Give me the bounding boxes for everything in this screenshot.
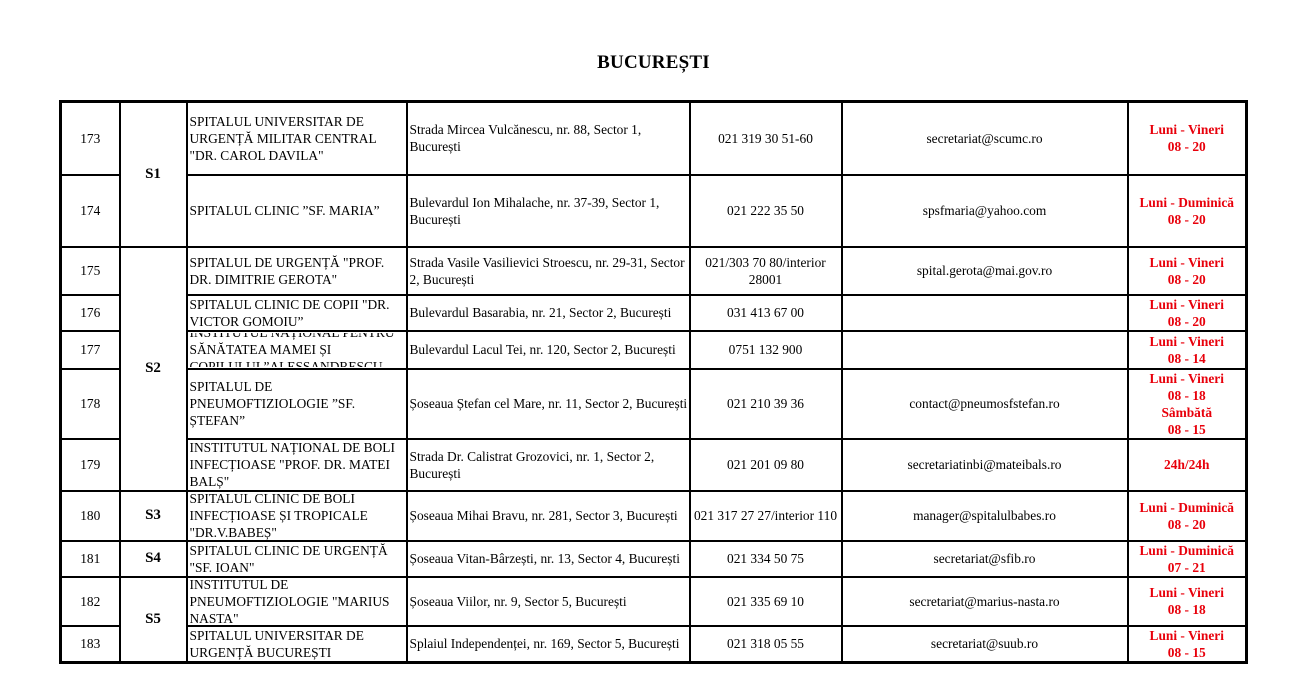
hospital-address: Șoseaua Viilor, nr. 9, Sector 5, Bucureș… [407,577,690,626]
hospital-name-text: SPITALUL CLINIC DE URGENȚĂ "SF. IOAN" [190,542,405,575]
hospital-name: SPITALUL UNIVERSITAR DE URGENȚĂ BUCUREȘT… [187,626,407,663]
hours-line: 08 - 18 [1130,601,1245,618]
hours-line: 08 - 14 [1130,350,1245,367]
hours-line: 08 - 20 [1130,211,1245,228]
hours-line: Luni - Vineri [1130,254,1245,271]
sector-label: S3 [120,491,187,541]
hospital-email[interactable]: secretariat@sfib.ro [842,541,1128,577]
hospital-name-text: INSTITUTUL NAȚIONAL DE BOLI INFECȚIOASE … [190,440,405,490]
page-title: BUCUREȘTI [0,52,1299,74]
hospital-name: SPITALUL DE URGENȚĂ "PROF. DR. DIMITRIE … [187,247,407,295]
row-number: 180 [61,491,120,541]
opening-hours: Luni - Duminică08 - 20 [1128,175,1247,247]
hospital-email[interactable]: contact@pneumosfstefan.ro [842,369,1128,439]
opening-hours: Luni - Vineri08 - 20 [1128,247,1247,295]
hours-line: 24h/24h [1130,456,1245,473]
hospital-name-text: INSTITUTUL NAȚIONAL PENTRU SĂNĂTATEA MAM… [190,333,405,367]
hospital-address: Șoseaua Vitan-Bârzești, nr. 13, Sector 4… [407,541,690,577]
hospital-name: INSTITUTUL DE PNEUMOFTIZIOLOGIE "MARIUS … [187,577,407,626]
hours-line: 08 - 15 [1130,644,1245,661]
hospital-name: SPITALUL CLINIC ”SF. MARIA” [187,175,407,247]
hospital-address: Bulevardul Basarabia, nr. 21, Sector 2, … [407,295,690,331]
hospital-phone: 021 318 05 55 [690,626,842,663]
row-number: 177 [61,331,120,369]
hospital-name-text: SPITALUL DE PNEUMOFTIZIOLOGIE ”SF. ȘTEFA… [190,378,405,429]
hours-line: Sâmbătă [1130,404,1245,421]
opening-hours: Luni - Vineri08 - 14 [1128,331,1247,369]
hospital-phone: 021 222 35 50 [690,175,842,247]
hospital-phone: 021 334 50 75 [690,541,842,577]
hospital-name: SPITALUL CLINIC DE BOLI INFECȚIOASE ȘI T… [187,491,407,541]
sector-label: S5 [120,577,187,663]
hospital-address: Strada Dr. Calistrat Grozovici, nr. 1, S… [407,439,690,491]
hospital-address: Șoseaua Mihai Bravu, nr. 281, Sector 3, … [407,491,690,541]
opening-hours: 24h/24h [1128,439,1247,491]
hospital-table: 173S1SPITALUL UNIVERSITAR DE URGENȚĂ MIL… [59,100,1248,664]
sector-label: S4 [120,541,187,577]
hospital-name: INSTITUTUL NAȚIONAL PENTRU SĂNĂTATEA MAM… [187,331,407,369]
opening-hours: Luni - Vineri08 - 18 [1128,577,1247,626]
hospital-phone: 021/303 70 80/interior 28001 [690,247,842,295]
hours-line: 07 - 21 [1130,559,1245,576]
hospital-name-text: SPITALUL UNIVERSITAR DE URGENȚĂ MILITAR … [190,113,405,164]
hospital-name: SPITALUL CLINIC DE URGENȚĂ "SF. IOAN" [187,541,407,577]
table-row: 180S3SPITALUL CLINIC DE BOLI INFECȚIOASE… [61,491,1247,541]
hospital-address: Strada Vasile Vasilievici Stroescu, nr. … [407,247,690,295]
row-number: 182 [61,577,120,626]
sector-label: S1 [120,102,187,247]
hospital-phone: 021 210 39 36 [690,369,842,439]
table-row: 183 SPITALUL UNIVERSITAR DE URGENȚĂ BUCU… [61,626,1247,663]
hospital-email[interactable]: secretariat@suub.ro [842,626,1128,663]
table-row: 178SPITALUL DE PNEUMOFTIZIOLOGIE ”SF. ȘT… [61,369,1247,439]
hospital-email[interactable]: secretariat@scumc.ro [842,102,1128,175]
row-number: 173 [61,102,120,175]
hospital-address: Bulevardul Ion Mihalache, nr. 37-39, Sec… [407,175,690,247]
hospital-phone: 021 335 69 10 [690,577,842,626]
hospital-name-text: INSTITUTUL DE PNEUMOFTIZIOLOGIE "MARIUS … [190,578,405,625]
row-number: 176 [61,295,120,331]
opening-hours: Luni - Vineri08 - 20 [1128,102,1247,175]
hospital-name-text: SPITALUL CLINIC DE BOLI INFECȚIOASE ȘI T… [190,492,405,540]
hospital-phone: 031 413 67 00 [690,295,842,331]
hospital-address: Bulevardul Lacul Tei, nr. 120, Sector 2,… [407,331,690,369]
hours-line: 08 - 20 [1130,516,1245,533]
hospital-phone: 021 201 09 80 [690,439,842,491]
sector-label: S2 [120,247,187,491]
hours-line: 08 - 15 [1130,421,1245,438]
table-row: 173S1SPITALUL UNIVERSITAR DE URGENȚĂ MIL… [61,102,1247,175]
hospital-name: INSTITUTUL NAȚIONAL DE BOLI INFECȚIOASE … [187,439,407,491]
hospital-phone: 0751 132 900 [690,331,842,369]
hospital-email[interactable]: spsfmaria@yahoo.com [842,175,1128,247]
row-number: 175 [61,247,120,295]
hours-line: Luni - Duminică [1130,194,1245,211]
table-row: 176SPITALUL CLINIC DE COPII "DR. VICTOR … [61,295,1247,331]
hospital-email[interactable]: secretariatinbi@mateibals.ro [842,439,1128,491]
hospital-name-text: SPITALUL DE URGENȚĂ "PROF. DR. DIMITRIE … [190,254,405,288]
table-row: 175S2SPITALUL DE URGENȚĂ "PROF. DR. DIMI… [61,247,1247,295]
hours-line: Luni - Vineri [1130,333,1245,350]
hours-line: 08 - 18 [1130,387,1245,404]
row-number: 183 [61,626,120,663]
hours-line: Luni - Duminică [1130,499,1245,516]
table-row: 181S4SPITALUL CLINIC DE URGENȚĂ "SF. IOA… [61,541,1247,577]
hospital-phone: 021 317 27 27/interior 110 [690,491,842,541]
hours-line: 08 - 20 [1130,138,1245,155]
row-number: 178 [61,369,120,439]
hours-line: Luni - Vineri [1130,627,1245,644]
hours-line: 08 - 20 [1130,271,1245,288]
hospital-name: SPITALUL UNIVERSITAR DE URGENȚĂ MILITAR … [187,102,407,175]
opening-hours: Luni - Vineri08 - 15 [1128,626,1247,663]
hospital-name: SPITALUL DE PNEUMOFTIZIOLOGIE ”SF. ȘTEFA… [187,369,407,439]
hospital-name: SPITALUL CLINIC DE COPII "DR. VICTOR GOM… [187,295,407,331]
table-row: 182S5INSTITUTUL DE PNEUMOFTIZIOLOGIE "MA… [61,577,1247,626]
hospital-address: Șoseaua Ștefan cel Mare, nr. 11, Sector … [407,369,690,439]
hours-line: Luni - Vineri [1130,370,1245,387]
table-row: 177INSTITUTUL NAȚIONAL PENTRU SĂNĂTATEA … [61,331,1247,369]
hospital-address: Splaiul Independenței, nr. 169, Sector 5… [407,626,690,663]
hours-line: Luni - Vineri [1130,584,1245,601]
row-number: 181 [61,541,120,577]
opening-hours: Luni - Vineri08 - 20 [1128,295,1247,331]
hours-line: Luni - Duminică [1130,542,1245,559]
hours-line: 08 - 20 [1130,313,1245,330]
hospital-name-text: SPITALUL UNIVERSITAR DE URGENȚĂ BUCUREȘT… [190,627,405,660]
hours-line: Luni - Vineri [1130,121,1245,138]
table-row: 179INSTITUTUL NAȚIONAL DE BOLI INFECȚIOA… [61,439,1247,491]
hospital-name-text: SPITALUL CLINIC DE COPII "DR. VICTOR GOM… [190,297,405,329]
row-number: 179 [61,439,120,491]
hospital-phone: 021 319 30 51-60 [690,102,842,175]
hospital-email[interactable]: secretariat@marius-nasta.ro [842,577,1128,626]
hours-line: Luni - Vineri [1130,296,1245,313]
opening-hours: Luni - Vineri08 - 18Sâmbătă08 - 15 [1128,369,1247,439]
hospital-email[interactable] [842,295,1128,331]
hospital-address: Strada Mircea Vulcănescu, nr. 88, Sector… [407,102,690,175]
hospital-email[interactable] [842,331,1128,369]
opening-hours: Luni - Duminică08 - 20 [1128,491,1247,541]
opening-hours: Luni - Duminică07 - 21 [1128,541,1247,577]
hospital-email[interactable]: manager@spitalulbabes.ro [842,491,1128,541]
table-row: 174SPITALUL CLINIC ”SF. MARIA”Bulevardul… [61,175,1247,247]
hospital-email[interactable]: spital.gerota@mai.gov.ro [842,247,1128,295]
hospital-name-text: SPITALUL CLINIC ”SF. MARIA” [190,202,405,219]
row-number: 174 [61,175,120,247]
